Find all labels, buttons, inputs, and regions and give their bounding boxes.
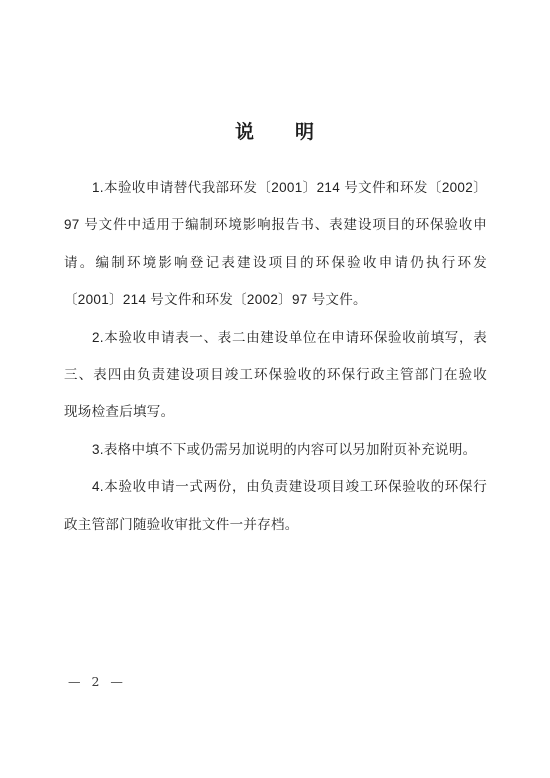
text-line: 1.本验收申请替代我部环发〔2001〕214 号文件和环发〔2002〕 bbox=[64, 169, 487, 206]
text-line: 三、表四由负责建设项目竣工环保验收的环保行政主管部门在验收 bbox=[64, 356, 487, 393]
document-body: 1.本验收申请替代我部环发〔2001〕214 号文件和环发〔2002〕 97 号… bbox=[64, 169, 487, 543]
page-title: 说 明 bbox=[0, 117, 550, 144]
text-line: 现场检查后填写。 bbox=[64, 393, 487, 430]
text-line: 请。编制环境影响登记表建设项目的环保验收申请仍执行环发 bbox=[64, 244, 487, 281]
text-line: 97 号文件中适用于编制环境影响报告书、表建设项目的环保验收申 bbox=[64, 206, 487, 243]
paragraph-3: 3.表格中填不下或仍需另加说明的内容可以另加附页补充说明。 bbox=[64, 431, 487, 468]
text-line: 〔2001〕214 号文件和环发〔2002〕97 号文件。 bbox=[64, 281, 487, 318]
text-line: 3.表格中填不下或仍需另加说明的内容可以另加附页补充说明。 bbox=[64, 431, 487, 468]
paragraph-4: 4.本验收申请一式两份，由负责建设项目竣工环保验收的环保行 政主管部门随验收审批… bbox=[64, 468, 487, 543]
paragraph-2: 2.本验收申请表一、表二由建设单位在申请环保验收前填写，表 三、表四由负责建设项… bbox=[64, 319, 487, 431]
text-line: 2.本验收申请表一、表二由建设单位在申请环保验收前填写，表 bbox=[64, 319, 487, 356]
document-page: 说 明 1.本验收申请替代我部环发〔2001〕214 号文件和环发〔2002〕 … bbox=[0, 0, 550, 778]
paragraph-1: 1.本验收申请替代我部环发〔2001〕214 号文件和环发〔2002〕 97 号… bbox=[64, 169, 487, 319]
page-number: — 2 — bbox=[68, 674, 123, 689]
text-line: 政主管部门随验收审批文件一并存档。 bbox=[64, 506, 487, 543]
text-line: 4.本验收申请一式两份，由负责建设项目竣工环保验收的环保行 bbox=[64, 468, 487, 505]
